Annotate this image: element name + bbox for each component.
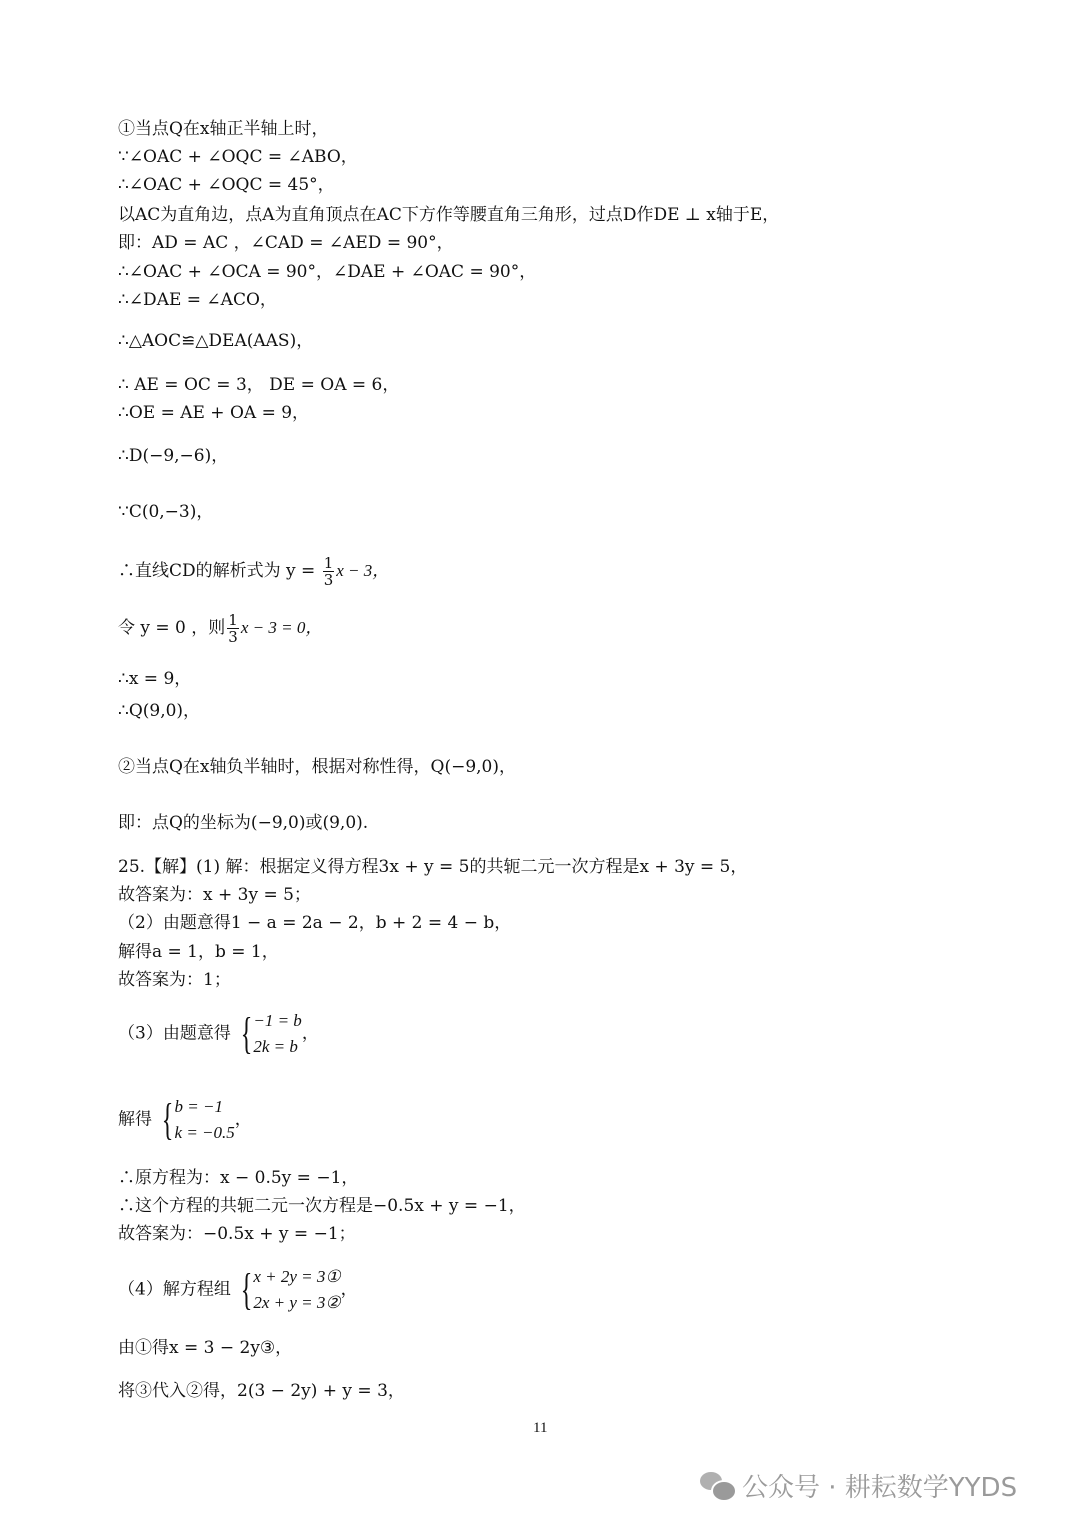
equation-system: {b = −1k = −0.5 — [157, 1094, 234, 1146]
equation-system: {−1 = b2k = b — [236, 1008, 302, 1060]
text-line: ∴这个方程的共轭二元一次方程是−0.5x + y = −1， — [118, 1195, 526, 1217]
brace-icon: { — [162, 1098, 174, 1142]
text-line: 故答案为：1； — [118, 969, 231, 991]
text-line: ∴OE = AE + OA = 9， — [118, 402, 309, 424]
system-part3: （3）由题意得 {−1 = b2k = b， — [118, 1008, 319, 1060]
brace-icon: { — [241, 1268, 253, 1312]
watermark: 公众号 · 耕耘数学YYDS — [700, 1467, 1017, 1504]
fraction: 13 — [227, 612, 239, 645]
text-line: 将③代入②得，2(3 − 2y) + y = 3， — [118, 1380, 405, 1402]
equation-row: k = −0.5 — [175, 1120, 235, 1146]
text-line: ∴Q(9,0)， — [118, 700, 200, 722]
text-line: ∴D(−9,−6)， — [118, 445, 228, 467]
denominator: 3 — [323, 572, 335, 588]
line-cd-equation: ∴直线CD的解析式为 y = 13x − 3， — [118, 555, 389, 588]
text-line: ∴ AE = OC = 3， DE = OA = 6， — [118, 374, 399, 396]
text: ， — [235, 1110, 252, 1130]
equation-system: {x + 2y = 3①2x + y = 3② — [236, 1264, 340, 1316]
text-line: 解得a = 1，b = 1， — [118, 941, 279, 963]
text-line: 以AC为直角边，点A为直角顶点在AC下方作等腰直角三角形，过点D作DE ⊥ x轴… — [118, 204, 779, 226]
text-line: ∴x = 9， — [118, 668, 191, 690]
text-line: ①当点Q在x轴正半轴上时， — [118, 118, 329, 140]
text: x − 3 = 0， — [241, 618, 323, 637]
text-line: 即：点Q的坐标为(−9,0)或(9,0). — [118, 812, 368, 834]
text-line: 由①得x = 3 − 2y③， — [118, 1337, 292, 1359]
brace-icon: { — [241, 1012, 253, 1056]
text-line: ∴∠OAC + ∠OCA = 90°，∠DAE + ∠OAC = 90°， — [118, 261, 536, 283]
text-line: ∴∠OAC + ∠OQC = 45°， — [118, 174, 335, 196]
page-number: 11 — [533, 1420, 547, 1437]
text-line: ∵∠OAC + ∠OQC = ∠ABO， — [118, 146, 358, 168]
text: ， — [341, 1280, 358, 1300]
system-part4: （4）解方程组 {x + 2y = 3①2x + y = 3②， — [118, 1264, 358, 1316]
text-line: 故答案为：−0.5x + y = −1； — [118, 1223, 356, 1245]
equation-row: −1 = b — [253, 1008, 301, 1034]
text-line: ∴△AOC≌△DEA(AAS)， — [118, 330, 313, 352]
text: （3）由题意得 — [118, 1024, 231, 1044]
numerator: 1 — [227, 612, 239, 629]
denominator: 3 — [227, 629, 239, 645]
equation-row: b = −1 — [175, 1094, 235, 1120]
text: x − 3， — [336, 561, 389, 580]
text-line: ②当点Q在x轴负半轴时，根据对称性得，Q(−9,0)， — [118, 756, 516, 778]
watermark-text: 公众号 · 耕耘数学YYDS — [742, 1467, 1017, 1504]
equation-row: 2x + y = 3② — [253, 1290, 340, 1316]
numerator: 1 — [323, 555, 335, 572]
equation-row: x + 2y = 3① — [253, 1264, 340, 1290]
text: ， — [302, 1024, 319, 1044]
text: （4）解方程组 — [118, 1280, 231, 1300]
text-line: （2）由题意得1 − a = 2a − 2，b + 2 = 4 − b， — [118, 912, 511, 934]
text-line: ∵C(0,−3)， — [118, 501, 213, 523]
line-let-y: 令 y = 0 ，则13x − 3 = 0， — [118, 612, 322, 645]
text-line: 即：AD = AC ，∠CAD = ∠AED = 90°， — [118, 232, 454, 254]
wechat-icon — [700, 1472, 734, 1500]
text-line: 故答案为：x + 3y = 5； — [118, 884, 311, 906]
text: ∴直线CD的解析式为 y = — [118, 561, 321, 581]
fraction: 13 — [323, 555, 335, 588]
text: 解得 — [118, 1110, 152, 1130]
text: 令 y = 0 ，则 — [118, 618, 225, 638]
equation-row: 2k = b — [253, 1034, 301, 1060]
text-line: ∴原方程为：x − 0.5y = −1， — [118, 1167, 358, 1189]
text-line: ∴∠DAE = ∠ACO， — [118, 289, 277, 311]
system-solve3: 解得 {b = −1k = −0.5， — [118, 1094, 252, 1146]
text-line: 25.【解】(1) 解：根据定义得方程3x + y = 5的共轭二元一次方程是x… — [118, 856, 747, 878]
